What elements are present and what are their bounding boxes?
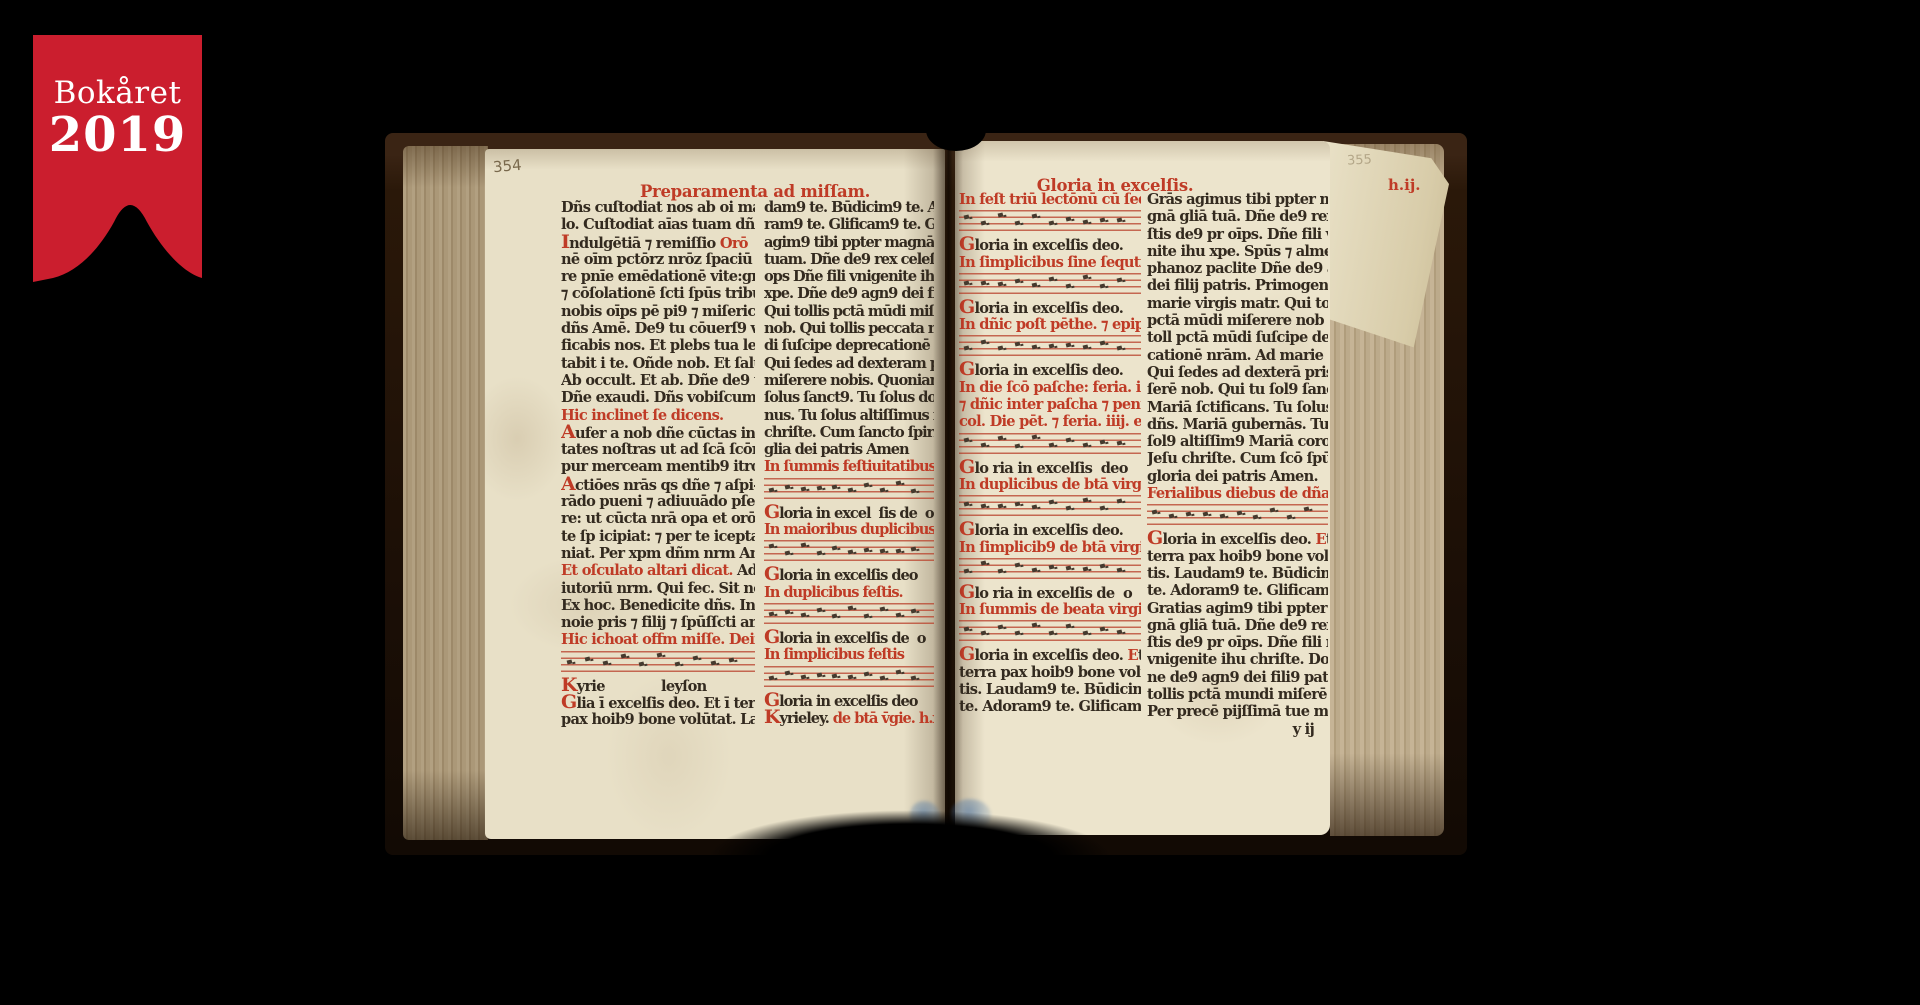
neume-note-icon xyxy=(998,345,1004,350)
neume-note-icon xyxy=(1049,343,1055,348)
text-line: Gloria in excelſis deo. Et in xyxy=(1147,530,1328,547)
neume-note-icon xyxy=(981,280,987,285)
neume-note-icon xyxy=(816,607,822,612)
neume-note-icon xyxy=(1083,345,1089,350)
neume-note-icon xyxy=(1049,500,1055,505)
right-page-number: 355 xyxy=(1347,152,1373,168)
text-line: Grās agimus tibi ppter ma xyxy=(1147,191,1328,208)
open-book-photo: Preparamenta ad miſſam. Dñs cuſtodiat no… xyxy=(385,133,1467,855)
rubric-line: Hic inclinet ſe dicens. xyxy=(561,407,755,424)
neume-note-icon xyxy=(964,214,970,219)
text-line: Gloria in excelſis de o xyxy=(764,629,934,646)
neume-note-icon xyxy=(1099,218,1105,223)
neume-note-icon xyxy=(1049,565,1055,570)
neume-note-icon xyxy=(800,486,806,491)
text-line: ⁊ cōſolationē ſcti ſpūs tribuat xyxy=(561,285,755,302)
text-line: glia dei patris Amen xyxy=(764,441,934,458)
neume-note-icon xyxy=(1270,508,1276,513)
text-line: nē oīm pctōrz nrōz ſpaciū ve- xyxy=(561,251,755,268)
neume-note-icon xyxy=(998,625,1004,630)
neume-note-icon xyxy=(832,673,838,678)
text-line: Jeſu chriſte. Cum ſcō ſpū in xyxy=(1147,450,1328,467)
neume-note-icon xyxy=(1253,514,1259,519)
neume-note-icon xyxy=(998,436,1004,441)
rubric-line: In ſimplicibus feſtis xyxy=(764,646,934,663)
neume-note-icon xyxy=(911,608,917,613)
neume-note-icon xyxy=(1066,283,1072,288)
neume-note-icon xyxy=(1219,513,1225,518)
neume-note-icon xyxy=(864,671,870,676)
neume-note-icon xyxy=(1015,342,1021,347)
neume-note-icon xyxy=(711,660,717,665)
neume-note-icon xyxy=(816,486,822,491)
neume-note-icon xyxy=(895,549,901,554)
neume-note-icon xyxy=(1287,515,1293,520)
text-line: Actiōes nrās qs dñe ⁊ aſpi- xyxy=(561,476,755,493)
neume-note-icon xyxy=(1049,631,1055,636)
rubric-line: In duplicibus feſtis. xyxy=(764,584,934,601)
neume-note-icon xyxy=(816,551,822,556)
neume-note-icon xyxy=(769,543,775,548)
neume-note-icon xyxy=(784,551,790,556)
rubric-line: In ſummis feſtiuitatibus. xyxy=(764,458,934,475)
text-line: Qui tollis pctā mūdi miſerē xyxy=(764,303,934,320)
text-line: Kyrieley. de btā v̄gie. h.xvi. xyxy=(764,709,934,726)
banner-title: Bokåret xyxy=(33,75,202,111)
neume-note-icon xyxy=(1116,441,1122,446)
neume-note-icon xyxy=(769,611,775,616)
music-staff xyxy=(959,273,1141,295)
neume-note-icon xyxy=(729,657,735,662)
text-line: Mariā ſctificans. Tu ſolus xyxy=(1147,399,1328,416)
text-line: Gloria in excelſis deo. xyxy=(959,299,1141,316)
text-line: terra pax hoib9 bone volūta- xyxy=(959,664,1141,681)
neume-note-icon xyxy=(981,221,987,226)
text-line: toll pctā mūdi ſuſcipe depre- xyxy=(1147,329,1328,346)
neume-note-icon xyxy=(1015,443,1021,448)
neume-note-icon xyxy=(998,568,1004,573)
text-line: te ſp icipiat: ⁊ per te icepta fi- xyxy=(561,528,755,545)
text-line: nob. Qui tollis peccata mun xyxy=(764,320,934,337)
neume-note-icon xyxy=(864,482,870,487)
neume-note-icon xyxy=(1032,505,1038,510)
text-line: re: ut cūcta nrā opa et orō ⁊ a xyxy=(561,510,755,527)
neume-note-icon xyxy=(657,653,663,658)
neume-note-icon xyxy=(879,606,885,611)
page-gutter xyxy=(933,141,963,839)
music-staff xyxy=(764,603,934,625)
neume-note-icon xyxy=(998,212,1004,217)
text-line: Ab occult. Et ab. Dñe de9 ū. xyxy=(561,372,755,389)
neume-note-icon xyxy=(1116,346,1122,351)
right-page-column-2: Grās agimus tibi ppter magnā gliā tuā. D… xyxy=(1147,191,1328,816)
neume-note-icon xyxy=(911,546,917,551)
neume-note-icon xyxy=(1032,435,1038,440)
text-line: tates noſtras ut ad ſcā ſcōrz xyxy=(561,441,755,458)
neume-note-icon xyxy=(832,613,838,618)
text-line: xpe. Dñe de9 agn9 dei fili9 pris. xyxy=(764,285,934,302)
neume-note-icon xyxy=(602,661,608,666)
neume-note-icon xyxy=(964,627,970,632)
neume-note-icon xyxy=(1169,513,1175,518)
neume-note-icon xyxy=(1099,626,1105,631)
neume-note-icon xyxy=(964,280,970,285)
text-line: marie virgis matr. Qui toll xyxy=(1147,295,1328,312)
text-line: dei filij patris. Primogenit9 xyxy=(1147,277,1328,294)
text-line: vnigenite ihu chriſte. Domi- xyxy=(1147,651,1328,668)
neume-note-icon xyxy=(1032,283,1038,288)
text-line: Gloria in excelſis deo. xyxy=(959,236,1141,253)
music-staff xyxy=(959,558,1141,580)
neume-note-icon xyxy=(832,545,838,550)
text-line: ſtis de9 pr oīps. Dñe fili vnige xyxy=(1147,226,1328,243)
neume-note-icon xyxy=(864,613,870,618)
rubric-line: In ſummis de beata virgine xyxy=(959,601,1141,618)
neume-note-icon xyxy=(1015,278,1021,283)
rubric-line: In duplicibus de btā virgie xyxy=(959,476,1141,493)
music-staff xyxy=(959,620,1141,642)
text-line: Indulgētiā ⁊ remiſſio Orō xyxy=(561,234,755,251)
text-line: nite ihu xpe. Spūs ⁊ alme or xyxy=(1147,243,1328,260)
right-page-column-1: In feſt triū lectōnū cū ſequt.Gloria in … xyxy=(959,191,1141,816)
text-line: chriſte. Cum ſancto ſpiritu in xyxy=(764,424,934,441)
text-line: nobis oīps pē pi9 ⁊ miſericors xyxy=(561,303,755,320)
text-line: tis. Laudam9 te. Būdicim9 xyxy=(959,681,1141,698)
neume-note-icon xyxy=(1015,631,1021,636)
music-staff xyxy=(764,666,934,688)
text-line: Gloria in excelſis deo. xyxy=(959,521,1141,538)
left-page-column-1: Dñs cuſtodiat nos ab oi ma-lo. Cuſtodiat… xyxy=(561,199,755,809)
neume-note-icon xyxy=(816,673,822,678)
text-line: Aufer a nob dñe cūctas iniq- xyxy=(561,424,755,441)
rubric-line: Hic ichoat offm miſſe. Deiñ xyxy=(561,631,755,648)
text-line: gnā gliā tuā. Dñe de9 rex cele xyxy=(1147,617,1328,634)
neume-note-icon xyxy=(1066,437,1072,442)
music-staff xyxy=(959,210,1141,232)
rubric-line: col. Die pēt. ⁊ feria. iiij. eiuſd xyxy=(959,413,1141,430)
text-line: nus. Tu ſolus altiſſimus ihū xyxy=(764,407,934,424)
neume-note-icon xyxy=(1099,340,1105,345)
left-page: Preparamenta ad miſſam. Dñs cuſtodiat no… xyxy=(485,149,945,839)
text-line: dñs. Mariā gubernās. Tu xyxy=(1147,416,1328,433)
left-page-column-2: dam9 te. Būdicim9 te. Ado-ram9 te. Glifi… xyxy=(764,199,934,809)
rubric-line: In die ſcō paſche: feria. iiij. xyxy=(959,379,1141,396)
neume-note-icon xyxy=(1116,277,1122,282)
neume-note-icon xyxy=(1049,276,1055,281)
text-line: te. Adoram9 te. Glificam9 te. xyxy=(959,698,1141,715)
text-line: dñs Amē. De9 tu cōuerſ9 viui xyxy=(561,320,755,337)
neume-note-icon xyxy=(1032,622,1038,627)
music-staff xyxy=(959,335,1141,357)
neume-note-icon xyxy=(1116,568,1122,573)
text-line: di ſuſcipe deprecationē noſtrā xyxy=(764,337,934,354)
neume-note-icon xyxy=(1116,498,1122,503)
text-line: Glia ī excelſis deo. Et ī terra xyxy=(561,694,755,711)
text-line: miſerere nobis. Quoniam tu xyxy=(764,372,934,389)
text-line: iutoriū nrm. Qui fec. Sit no. xyxy=(561,580,755,597)
rubric-line: In ſimplicibus ſine ſequtia. xyxy=(959,254,1141,271)
neume-note-icon xyxy=(693,655,699,660)
music-staff xyxy=(1147,504,1328,526)
neume-note-icon xyxy=(1032,567,1038,572)
text-line: rādo pueni ⁊ adiuuādo pſeq xyxy=(561,493,755,510)
right-page: Gloria in excelſis. In feſt triū lectōnū… xyxy=(955,141,1330,835)
quire-signature: h.ij. xyxy=(1388,176,1420,194)
neume-note-icon xyxy=(911,488,917,493)
text-line: ſerē nob. Qui tu ſol9 ſanctus. xyxy=(1147,381,1328,398)
neume-note-icon xyxy=(964,438,970,443)
neume-note-icon xyxy=(1083,442,1089,447)
neume-note-icon xyxy=(895,480,901,485)
neume-note-icon xyxy=(1049,220,1055,225)
neume-note-icon xyxy=(1015,563,1021,568)
rubric-line: In ſimplicib9 de btā virgine xyxy=(959,539,1141,556)
text-line: ram9 te. Glificam9 te. Grās xyxy=(764,216,934,233)
text-line: ops Dñe fili vnigenite iheſu xyxy=(764,268,934,285)
text-line: Dñe exaudi. Dñs vobiſcum. xyxy=(561,389,755,406)
rubric-line: In dñic poſt pēthe. ⁊ epiph. xyxy=(959,316,1141,333)
text-line: terra pax hoib9 bone volūta- xyxy=(1147,548,1328,565)
neume-note-icon xyxy=(879,675,885,680)
text-line: tis. Laudam9 te. Būdicim9 xyxy=(1147,565,1328,582)
text-line: pur merceam mentib9 itroire xyxy=(561,458,755,475)
neume-note-icon xyxy=(566,660,572,665)
music-staff xyxy=(959,433,1141,455)
neume-note-icon xyxy=(800,675,806,680)
text-line: Gratias agim9 tibi ppter ma xyxy=(1147,600,1328,617)
neume-note-icon xyxy=(1066,342,1072,347)
text-line: gnā gliā tuā. Dñe de9 rex cele xyxy=(1147,208,1328,225)
text-line: Kyrie leyſon xyxy=(561,677,755,694)
text-line: pax hoib9 bone volūtat. Lau xyxy=(561,711,755,728)
text-line: Gloria in excelſis deo. Et in xyxy=(959,646,1141,663)
neume-note-icon xyxy=(1116,629,1122,634)
neume-note-icon xyxy=(1032,214,1038,219)
text-line: tollis pctā mundi miſerē nob xyxy=(1147,686,1328,703)
neume-note-icon xyxy=(981,339,987,344)
music-staff xyxy=(764,540,934,562)
neume-note-icon xyxy=(1304,506,1310,511)
neume-note-icon xyxy=(769,487,775,492)
neume-note-icon xyxy=(1032,344,1038,349)
neume-note-icon xyxy=(911,676,917,681)
neume-note-icon xyxy=(895,613,901,618)
neume-note-icon xyxy=(848,550,854,555)
text-line: ne de9 agn9 dei fili9 patr. Qui xyxy=(1147,669,1328,686)
text-line: ſol9 altiſſim9 Mariā coronās xyxy=(1147,433,1328,450)
music-staff xyxy=(764,478,934,500)
promo-image: Bokåret 2019 Preparamenta ad miſſam. Dñs… xyxy=(0,0,1920,1005)
neume-note-icon xyxy=(1203,512,1209,517)
text-line: Gloria in excel ſis de o xyxy=(764,504,934,521)
text-line: ſolus ſanct9. Tu ſolus domi- xyxy=(764,389,934,406)
text-line: tabit i te. Oñde nob. Et ſalut. xyxy=(561,355,755,372)
neume-note-icon xyxy=(1083,566,1089,571)
neume-note-icon xyxy=(1186,512,1192,517)
neume-note-icon xyxy=(1066,566,1072,571)
text-line: Qui ſedes ad dexterā pris mi xyxy=(1147,364,1328,381)
neume-note-icon xyxy=(769,676,775,681)
text-line: Ex hoc. Benedicite dñs. In xyxy=(561,597,755,614)
text-line: dam9 te. Būdicim9 te. Ado- xyxy=(764,199,934,216)
text-line: pctā mūdi miſerere nob Qui xyxy=(1147,312,1328,329)
text-line: Gloria in excelſis deo. xyxy=(959,361,1141,378)
music-staff xyxy=(561,651,755,673)
left-fore-edge xyxy=(403,146,488,840)
neume-note-icon xyxy=(1066,624,1072,629)
neume-note-icon xyxy=(879,548,885,553)
neume-note-icon xyxy=(1116,217,1122,222)
text-line: y ij xyxy=(1147,721,1328,738)
banner-year: 2019 xyxy=(33,107,202,163)
neume-note-icon xyxy=(981,561,987,566)
neume-note-icon xyxy=(1099,506,1105,511)
neume-note-icon xyxy=(1236,510,1242,515)
neume-note-icon xyxy=(800,543,806,548)
text-line: Per precē pijſſimā tue matr xyxy=(1147,703,1328,720)
neume-note-icon xyxy=(1049,443,1055,448)
neume-note-icon xyxy=(675,661,681,666)
neume-note-icon xyxy=(848,487,854,492)
neume-note-icon xyxy=(639,661,645,666)
bokaret-banner: Bokåret 2019 xyxy=(33,35,202,287)
neume-note-icon xyxy=(879,488,885,493)
text-line: Gloria in excelſis deo xyxy=(764,566,934,583)
neume-note-icon xyxy=(784,671,790,676)
text-line: te. Adoram9 te. Glificam9 te. xyxy=(1147,582,1328,599)
neume-note-icon xyxy=(848,674,854,679)
neume-note-icon xyxy=(981,630,987,635)
text-line: niat. Per xpm dñm nrm Amē xyxy=(561,545,755,562)
neume-note-icon xyxy=(981,443,987,448)
neume-note-icon xyxy=(895,669,901,674)
text-line: Gloria in excelſis deo xyxy=(764,692,934,709)
neume-note-icon xyxy=(832,484,838,489)
neume-note-icon xyxy=(1083,275,1089,280)
text-line: ficabis nos. Et plebs tua le- xyxy=(561,337,755,354)
text-line: Glo ria in excelſis deo xyxy=(959,459,1141,476)
rubric-line: In feſt triū lectōnū cū ſequt. xyxy=(959,191,1141,208)
neume-note-icon xyxy=(1083,630,1089,635)
neume-note-icon xyxy=(864,547,870,552)
rubric-line: Ferialibus diebus de dña. xyxy=(1147,485,1328,502)
text-line: lo. Cuſtodiat aīas tuam dñs. xyxy=(561,216,755,233)
text-line: ſtis de9 pr oīps. Dñe fili marie xyxy=(1147,634,1328,651)
neume-note-icon xyxy=(621,654,627,659)
neume-note-icon xyxy=(784,609,790,614)
music-staff xyxy=(959,495,1141,517)
neume-note-icon xyxy=(800,612,806,617)
text-line: gloria dei patris Amen. xyxy=(1147,468,1328,485)
neume-note-icon xyxy=(784,484,790,489)
neume-note-icon xyxy=(1066,216,1072,221)
neume-note-icon xyxy=(1066,506,1072,511)
text-line: cationē nrām. Ad marie gliā xyxy=(1147,347,1328,364)
text-line: agim9 tibi ppter magnā gliaz xyxy=(764,234,934,251)
neume-note-icon xyxy=(964,568,970,573)
text-line: phanoz paclite Dñe de9 agn9 xyxy=(1147,260,1328,277)
neume-note-icon xyxy=(1152,510,1158,515)
neume-note-icon xyxy=(964,502,970,507)
text-line: tuam. Dñe de9 rex celeſt de9 pī xyxy=(764,251,934,268)
neume-note-icon xyxy=(998,282,1004,287)
text-line: Glo ria in excelſis de o xyxy=(959,584,1141,601)
neume-note-icon xyxy=(1083,498,1089,503)
left-page-number: 354 xyxy=(492,156,522,176)
neume-note-icon xyxy=(1099,564,1105,569)
text-line: Dñs cuſtodiat nos ab oi ma- xyxy=(561,199,755,216)
neume-note-icon xyxy=(1015,502,1021,507)
neume-note-icon xyxy=(1099,283,1105,288)
bottom-shadow xyxy=(675,797,1145,857)
text-line: Et oſculato altari dicat. Ad- xyxy=(561,562,755,579)
text-line: Qui ſedes ad dexteram patr xyxy=(764,355,934,372)
neume-note-icon xyxy=(584,656,590,661)
neume-note-icon xyxy=(1083,219,1089,224)
rubric-line: ⁊ dñic inter paſcha ⁊ penthe xyxy=(959,396,1141,413)
neume-note-icon xyxy=(1099,439,1105,444)
text-line: re pnīe emēdationē vite:grāz xyxy=(561,268,755,285)
rubric-line: In maioribus duplicibus. xyxy=(764,521,934,538)
neume-note-icon xyxy=(1015,221,1021,226)
neume-note-icon xyxy=(998,503,1004,508)
neume-note-icon xyxy=(964,346,970,351)
neume-note-icon xyxy=(981,504,987,509)
text-line: noie pris ⁊ filij ⁊ ſpūſſcti amē xyxy=(561,614,755,631)
neume-note-icon xyxy=(848,605,854,610)
